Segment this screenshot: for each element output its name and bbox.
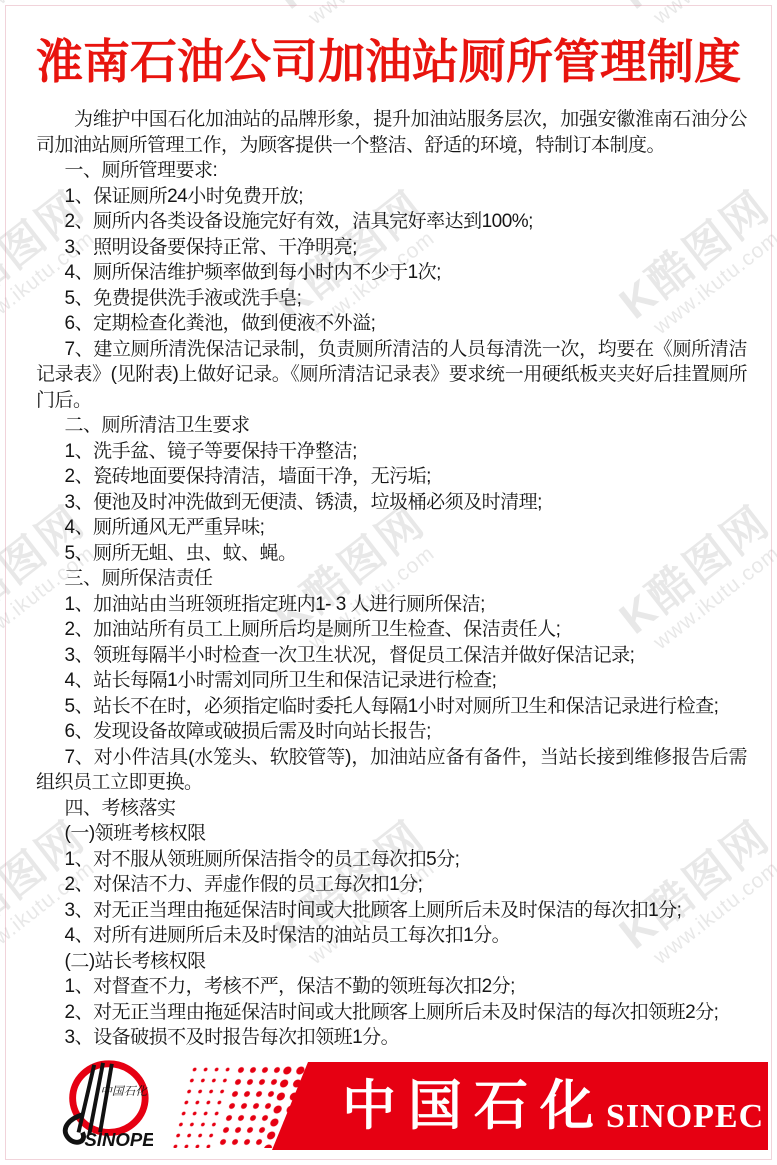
list-item: 5、站长不在时，必须指定临时委托人每隔1小时对厕所卫生和保洁记录进行检查; xyxy=(36,694,747,720)
list-item: 1、对督查不力，考核不严，保洁不勤的领班每次扣2分; xyxy=(36,974,747,1000)
list-item: 5、厕所无蛆、虫、蚊、蝇。 xyxy=(36,541,747,567)
list-item: 1、洗手盆、镜子等要保持干净整洁; xyxy=(36,439,747,465)
watermark-logo-text: K酷图网 xyxy=(0,0,94,18)
sinopec-legacy-emblem: 中国石化 SINOPEC xyxy=(55,1056,153,1154)
sinopec-banner: 中国石化 SINOPEC xyxy=(272,1062,768,1150)
list-item: 6、发现设备故障或破损后需及时向站长报告; xyxy=(36,719,747,745)
document-body: 为维护中国石化加油站的品牌形象，提升加油站服务层次，加强安徽淮南石油分公司加油站… xyxy=(36,107,747,1051)
list-item: 6、定期检查化粪池，做到便液不外溢; xyxy=(36,311,747,337)
list-item: 2、对保洁不力、弄虚作假的员工每次扣1分; xyxy=(36,872,747,898)
subsection-heading: (二)站长考核权限 xyxy=(36,949,747,975)
banner-english-wordmark: SINOPEC xyxy=(606,1100,764,1134)
list-item: 2、厕所内各类设备设施完好有效，洁具完好率达到100%; xyxy=(36,209,747,235)
emblem-chinese-script: 中国石化 xyxy=(100,1085,148,1098)
list-item: 2、加油站所有员工上厕所后均是厕所卫生检查、保洁责任人; xyxy=(36,617,747,643)
list-item: 2、瓷砖地面要保持清洁，墙面干净，无污垢; xyxy=(36,464,747,490)
list-item: 1、对不服从领班厕所保洁指令的员工每次扣5分; xyxy=(36,847,747,873)
list-item: 2、对无正当理由拖延保洁时间或大批顾客上厕所后未及时保洁的每次扣领班2分; xyxy=(36,1000,747,1026)
poster: K酷图网www.ikutu.comK酷图网www.ikutu.comK酷图网ww… xyxy=(0,0,777,1165)
list-item: 5、免费提供洗手液或洗手皂; xyxy=(36,286,747,312)
list-item: 3、领班每隔半小时检查一次卫生状况，督促员工保洁并做好保洁记录; xyxy=(36,643,747,669)
emblem-wordmark: SINOPEC xyxy=(84,1129,153,1150)
list-item: 4、站长每隔1小时需刘同所卫生和保洁记录进行检查; xyxy=(36,668,747,694)
list-item: 7、建立厕所清洗保洁记录制，负责厕所清洁的人员每清洗一次，均要在《厕所清洁记录表… xyxy=(36,337,747,414)
section-heading: 四、考核落实 xyxy=(36,796,747,822)
list-item: 4、厕所通风无严重异味; xyxy=(36,515,747,541)
banner-chinese-wordmark: 中国石化 xyxy=(342,1079,606,1133)
intro-paragraph: 为维护中国石化加油站的品牌形象，提升加油站服务层次，加强安徽淮南石油分公司加油站… xyxy=(36,107,747,158)
list-item: 1、加油站由当班领班指定班内1- 3 人进行厕所保洁; xyxy=(36,592,747,618)
list-item: 3、便池及时冲洗做到无便渍、锈渍，垃圾桶必须及时清理; xyxy=(36,490,747,516)
section-heading: 三、厕所保洁责任 xyxy=(36,566,747,592)
list-item: 4、对所有进厕所后未及时保洁的油站员工每次扣1分。 xyxy=(36,923,747,949)
page-title: 淮南石油公司加油站厕所管理制度 xyxy=(10,30,767,93)
subsection-heading: (一)领班考核权限 xyxy=(36,821,747,847)
list-item: 3、设备破损不及时报告每次扣领班1分。 xyxy=(36,1025,747,1051)
list-item: 1、保证厕所24小时免费开放; xyxy=(36,184,747,210)
watermark-logo-text: K酷图网 xyxy=(612,0,777,18)
list-item: 3、照明设备要保持正常、干净明亮; xyxy=(36,235,747,261)
section-heading: 一、厕所管理要求: xyxy=(36,158,747,184)
list-item: 7、对小件洁具(水笼头、软胶管等)，加油站应备有备件，当站长接到维修报告后需组织… xyxy=(36,745,747,796)
list-item: 3、对无正当理由拖延保洁时间或大批顾客上厕所后未及时保洁的每次扣1分; xyxy=(36,898,747,924)
watermark-logo-text: K酷图网 xyxy=(267,0,434,18)
section-heading: 二、厕所清洁卫生要求 xyxy=(36,413,747,439)
document-content: 淮南石油公司加油站厕所管理制度 为维护中国石化加油站的品牌形象，提升加油站服务层… xyxy=(0,30,777,1051)
list-item: 4、厕所保洁维护频率做到每小时内不少于1次; xyxy=(36,260,747,286)
